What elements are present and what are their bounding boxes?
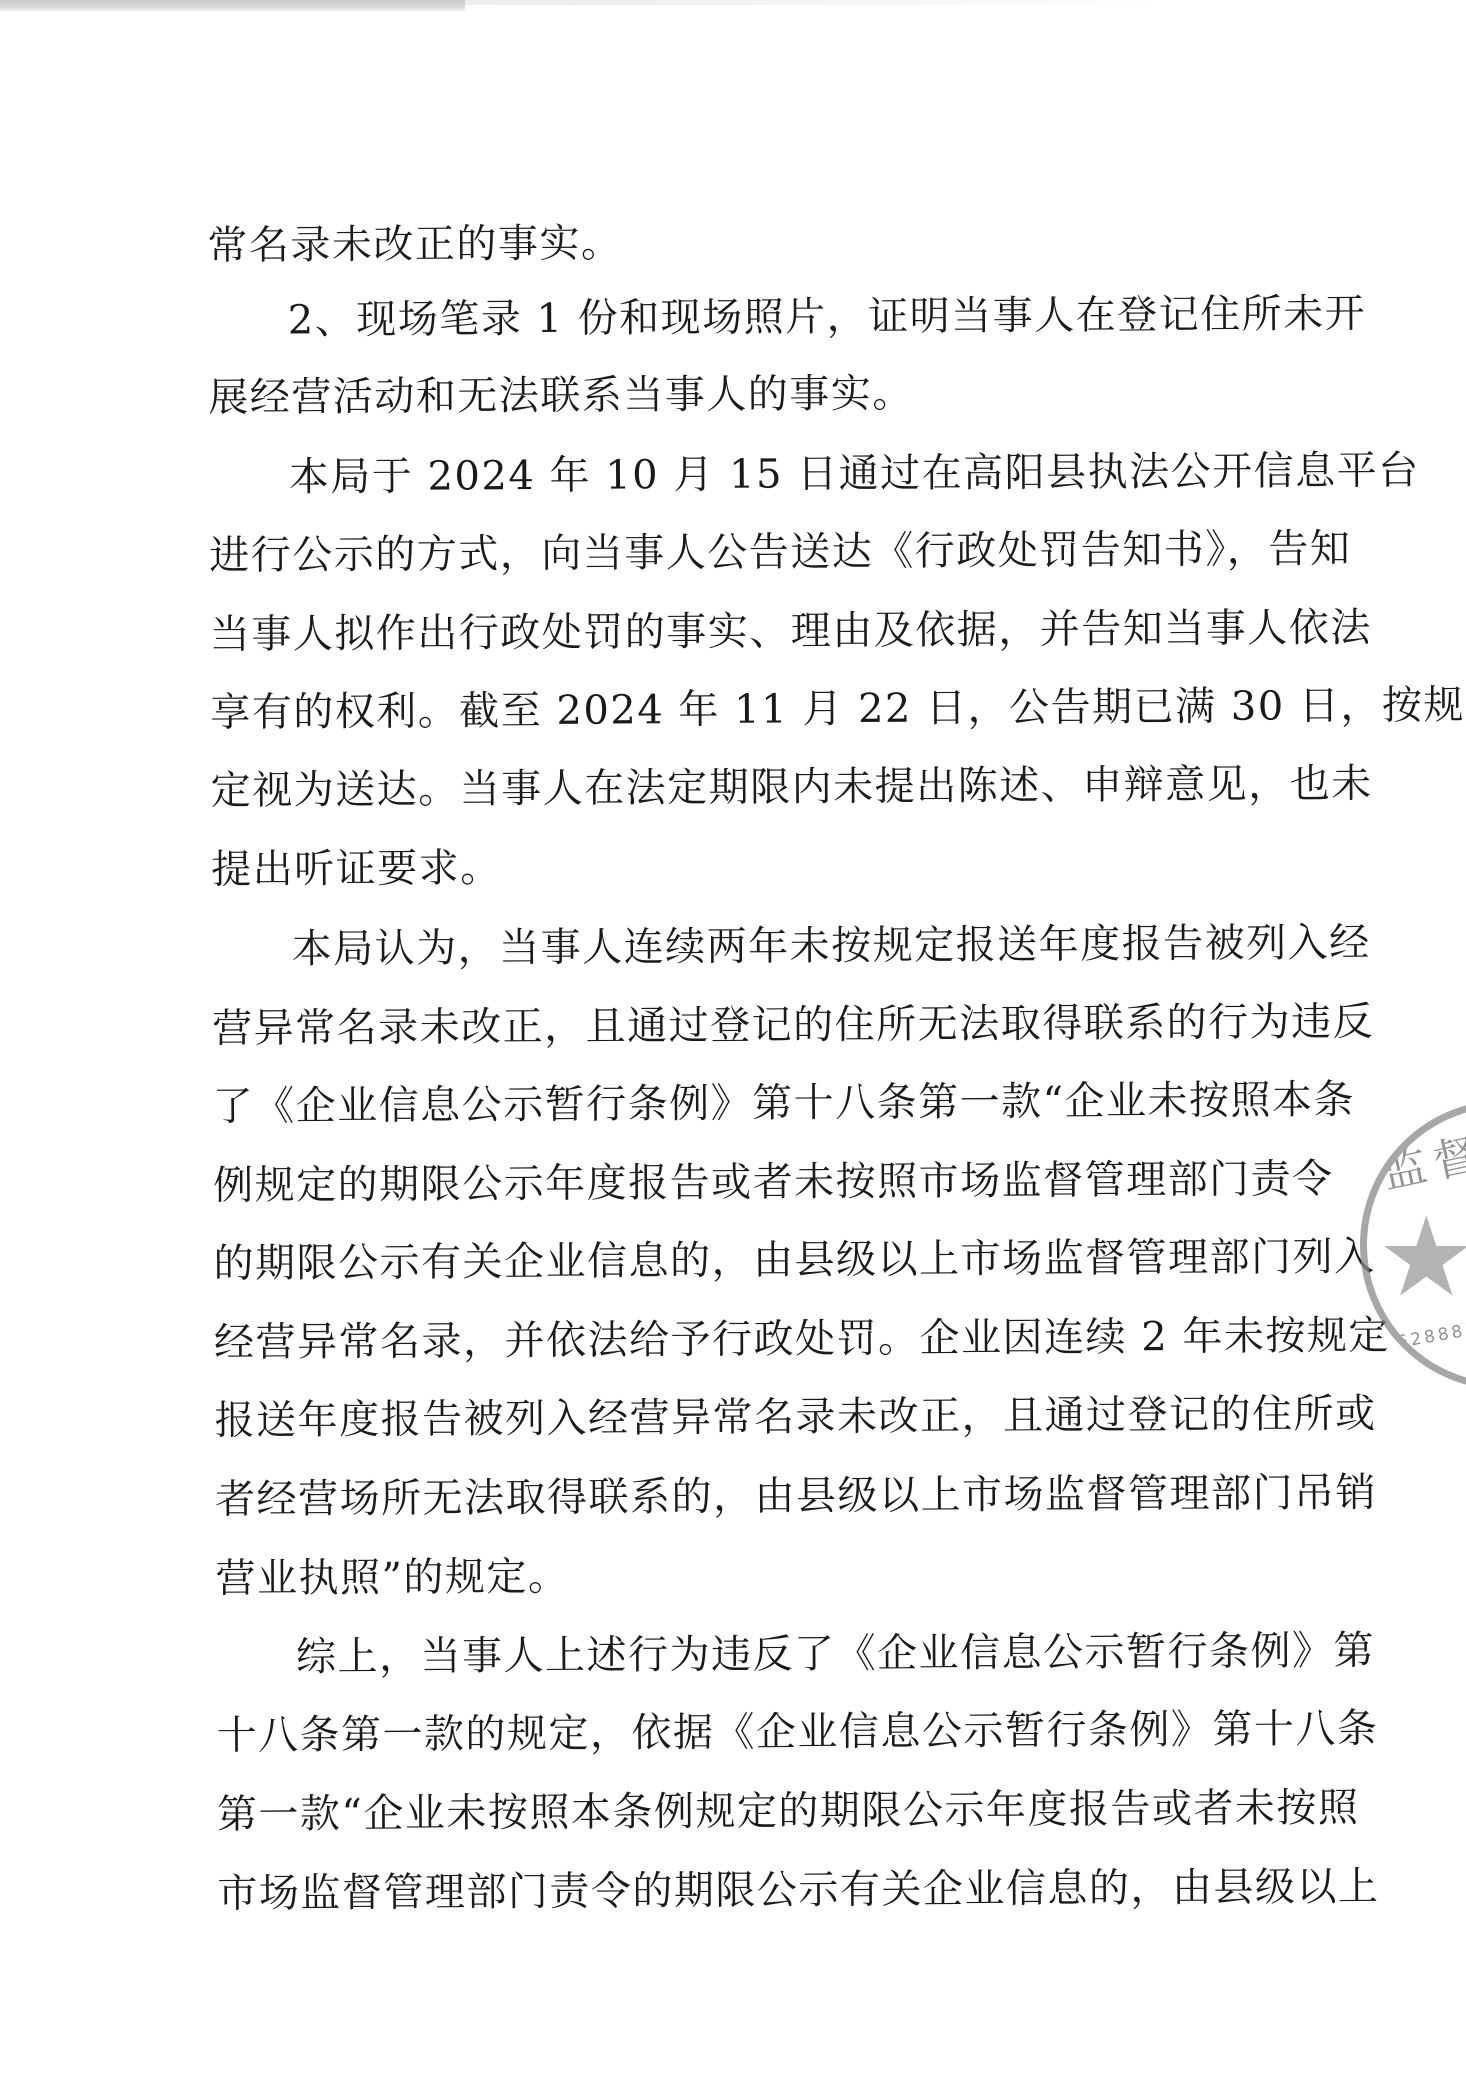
text-line: 综上，当事人上述行为违反了《企业信息公示暂行条例》第: [296, 1626, 1376, 1683]
text-line: 者经营场所无法取得联系的，由县级以上市场监督管理部门吊销: [215, 1468, 1295, 1525]
text-line: 2、现场笔录 1 份和现场照片，证明当事人在登记住所未开: [288, 289, 1368, 346]
text-line: 营业执照”的规定。: [215, 1547, 1295, 1604]
text-line: 报送年度报告被列入经营异常名录未改正，且通过登记的住所或: [214, 1389, 1294, 1446]
text-line: 提出听证要求。: [211, 838, 1291, 895]
text-line: 常名录未改正的事实。: [207, 214, 1287, 271]
official-seal-stamp: 监督 ★ 306288810: [1360, 1100, 1466, 1390]
text-line: 例规定的期限公示年度报告或者未按照市场监督管理部门责令: [213, 1154, 1293, 1211]
stamp-code: 306288810: [1368, 1316, 1466, 1357]
document-page: 常名录未改正的事实。 2、现场笔录 1 份和现场照片，证明当事人在登记住所未开 …: [0, 0, 1466, 2082]
text-line: 当事人拟作出行政处罚的事实、理由及依据，并告知当事人依法: [210, 603, 1290, 660]
text-line: 本局于 2024 年 10 月 15 日通过在高阳县执法公开信息平台: [289, 446, 1369, 503]
text-line: 享有的权利。截至 2024 年 11 月 22 日，公告期已满 30 日，按规: [210, 681, 1290, 738]
star-icon: ★: [1377, 1202, 1466, 1312]
text-line: 十八条第一款的规定，依据《企业信息公示暂行条例》第十八条: [216, 1704, 1296, 1761]
text-line: 本局认为，当事人连续两年未按规定报送年度报告被列入经: [292, 918, 1372, 975]
text-line: 进行公示的方式，向当事人公告送达《行政处罚告知书》，告知: [209, 524, 1289, 581]
text-line: 第一款“企业未按照本条例规定的期限公示年度报告或者未按照: [217, 1783, 1297, 1840]
text-line: 定视为送达。当事人在法定期限内未提出陈述、申辩意见，也未: [211, 759, 1291, 816]
text-line: 经营异常名录，并依法给予行政处罚。企业因连续 2 年未按规定: [214, 1311, 1294, 1368]
text-line: 展经营活动和无法联系当事人的事实。: [208, 366, 1288, 423]
text-line: 了《企业信息公示暂行条例》第十八条第一款“企业未按照本条: [212, 1075, 1292, 1132]
text-line: 市场监督管理部门责令的期限公示有关企业信息的，由县级以上: [217, 1862, 1297, 1919]
text-line: 营异常名录未改正，且通过登记的住所无法取得联系的行为违反: [212, 997, 1292, 1054]
text-line: 的期限公示有关企业信息的，由县级以上市场监督管理部门列入: [213, 1232, 1293, 1289]
